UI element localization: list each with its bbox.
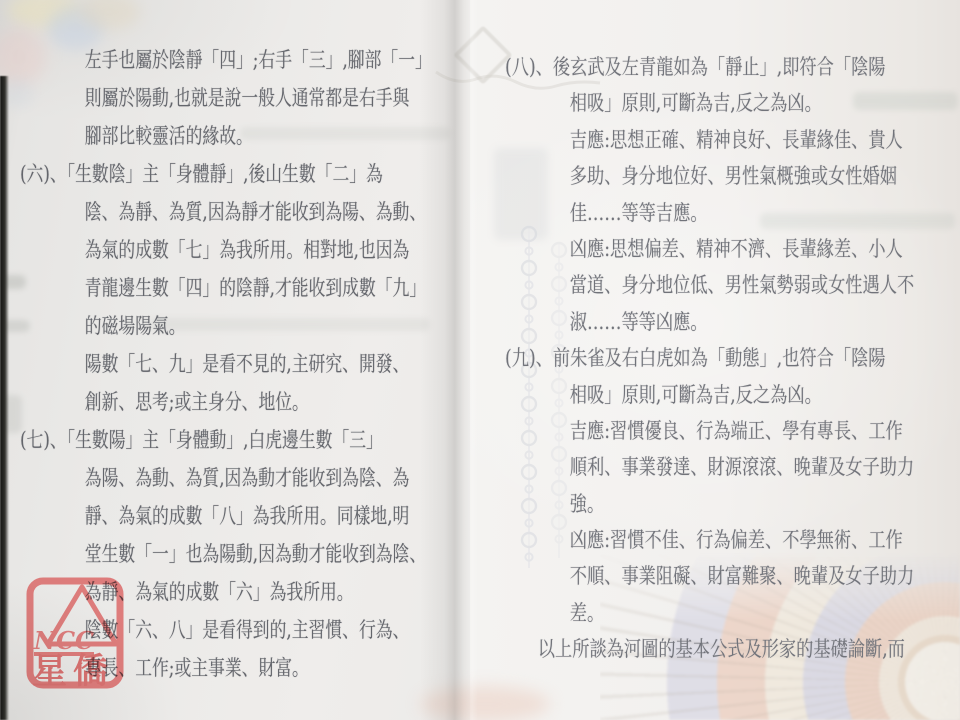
text-line: 為陽、為動、為質,因為動才能收到為陰、為 xyxy=(20,459,516,497)
text-line: 陽數「七、九」是看不見的,主研究、開發、 xyxy=(20,345,516,383)
text-line: 左手也屬於陰靜「四」;右手「三」,腳部「一」 xyxy=(20,41,516,79)
text-line: 強。 xyxy=(505,486,960,522)
text-line: 青龍邊生數「四」的陰靜,才能收到成數「九」 xyxy=(20,269,516,307)
text-line: 吉應:思想正確、精神良好、長輩緣佳、貴人 xyxy=(505,122,960,158)
text-line: (七)、「生數陽」主「身體動」,白虎邊生數「三」 xyxy=(20,421,516,459)
text-line: 的磁場陽氣。 xyxy=(20,307,516,345)
text-line: 不順、事業阻礙、財富難聚、晚輩及女子助力 xyxy=(505,558,960,594)
text-line: 相吸」原則,可斷為吉,反之為凶。 xyxy=(505,377,960,413)
ncc-stamp: NCC 星僑 xyxy=(26,577,124,689)
text-line: 吉應:習慣優良、行為端正、學有專長、工作 xyxy=(505,413,960,449)
text-line: 淑……等等凶應。 xyxy=(505,304,960,340)
photo-left-edge xyxy=(0,76,9,720)
text-line: 佳……等等吉應。 xyxy=(505,195,960,231)
text-line: 靜、為氣的成數「八」為我所用。同樣地,明 xyxy=(20,497,516,535)
text-line: 腳部比較靈活的緣故。 xyxy=(20,117,516,155)
stamp-name-text: 星僑 xyxy=(32,651,114,689)
text-line: 以上所談為河圖的基本公式及形家的基礎論斷,而 xyxy=(505,631,960,667)
book-spread-photo: 左手也屬於陰靜「四」;右手「三」,腳部「一」則屬於陽動,也就是說一般人通常都是右… xyxy=(0,0,960,720)
text-line: (八)、後玄武及左青龍如為「靜止」,即符合「陰陽 xyxy=(505,49,960,85)
text-line: 陰、為靜、為質,因為靜才能收到為陽、為動、 xyxy=(20,193,516,231)
text-line: 凶應:思想偏差、精神不濟、長輩緣差、小人 xyxy=(505,231,960,267)
text-line: 為氣的成數「七」為我所用。相對地,也因為 xyxy=(20,231,516,269)
text-line: 則屬於陽動,也就是說一般人通常都是右手與 xyxy=(20,79,516,117)
text-line: (六)、「生數陰」主「身體靜」,後山生數「二」為 xyxy=(20,155,516,193)
text-line: 創新、思考;或主身分、地位。 xyxy=(20,383,516,421)
text-line: 相吸」原則,可斷為吉,反之為凶。 xyxy=(505,85,960,121)
text-line: 差。 xyxy=(505,595,960,631)
text-line: 當道、身分地位低、男性氣勢弱或女性遇人不 xyxy=(505,267,960,303)
right-page-text: (八)、後玄武及左青龍如為「靜止」,即符合「陰陽相吸」原則,可斷為吉,反之為凶。… xyxy=(505,49,960,668)
text-line: 順利、事業發達、財源滾滾、晚輩及女子助力 xyxy=(505,449,960,485)
text-line: 凶應:習慣不佳、行為偏差、不學無術、工作 xyxy=(505,522,960,558)
text-line: 多助、身分地位好、男性氣概強或女性婚姻 xyxy=(505,158,960,194)
text-line: 堂生數「一」也為陽動,因為動才能收到為陰、 xyxy=(20,535,516,573)
text-line: (九)、前朱雀及右白虎如為「動態」,也符合「陰陽 xyxy=(505,340,960,376)
